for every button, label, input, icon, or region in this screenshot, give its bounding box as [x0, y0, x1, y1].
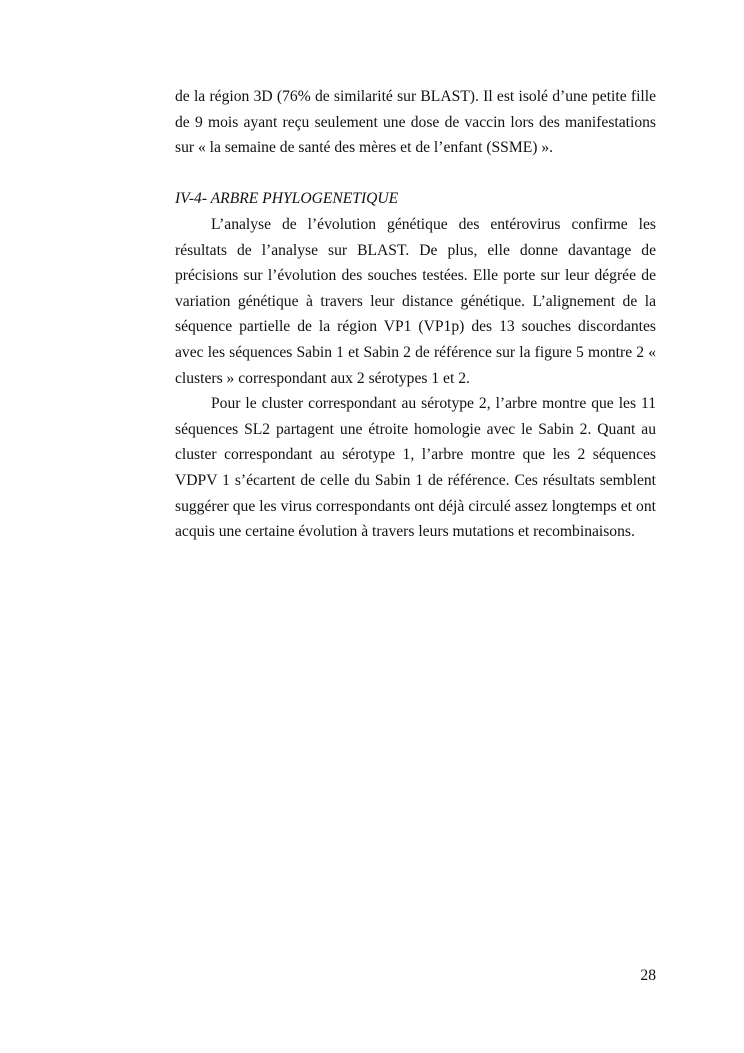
text-block: de la région 3D (76% de similarité sur B… — [175, 84, 656, 545]
page-number: 28 — [175, 963, 656, 989]
document-page: de la région 3D (76% de similarité sur B… — [0, 0, 744, 1053]
paragraph-clusters: Pour le cluster correspondant au sérotyp… — [175, 391, 656, 545]
paragraph-analysis: L’analyse de l’évolution génétique des e… — [175, 212, 656, 391]
paragraph-continuation: de la région 3D (76% de similarité sur B… — [175, 84, 656, 161]
section-heading: IV-4- ARBRE PHYLOGENETIQUE — [175, 186, 656, 212]
